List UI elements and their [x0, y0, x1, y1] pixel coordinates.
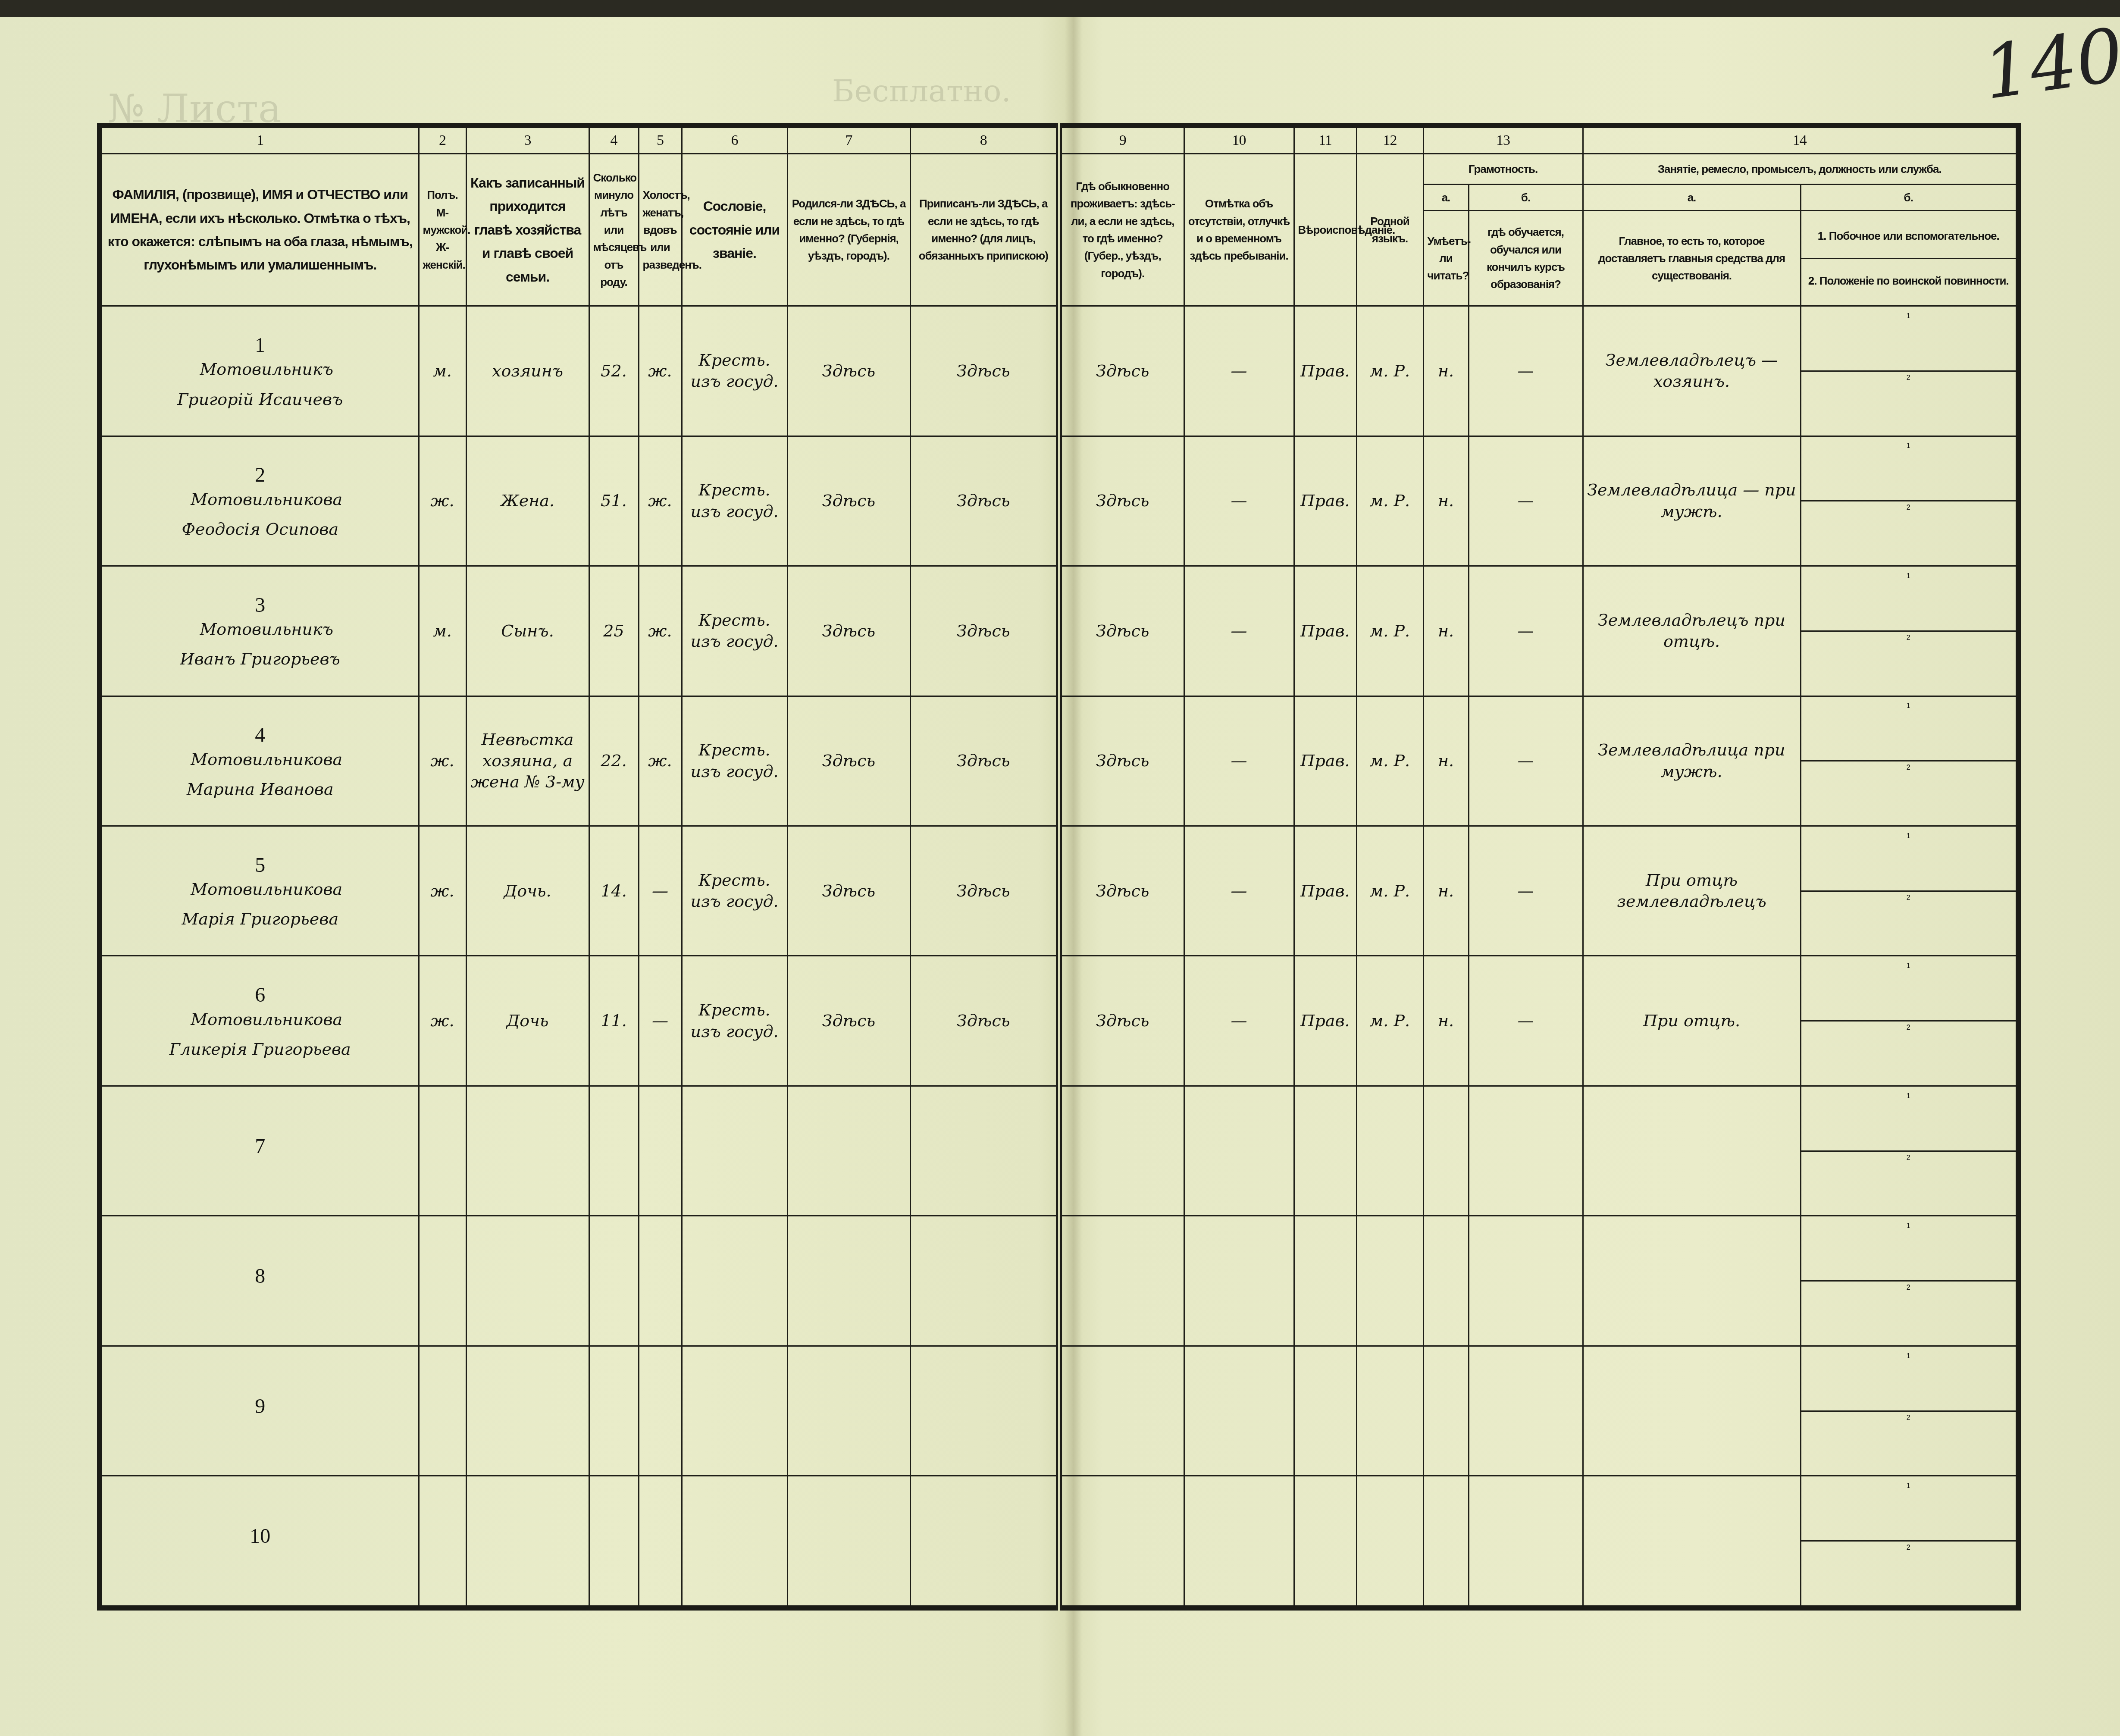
- marital-cell[interactable]: [639, 1216, 682, 1346]
- absence-cell[interactable]: [1184, 1476, 1294, 1608]
- header-sex: Полъ. М-мужской. Ж-женскій.: [419, 154, 466, 306]
- military-slot[interactable]: 2: [1801, 372, 2016, 432]
- sex-cell[interactable]: ж.: [419, 956, 466, 1086]
- relation-cell[interactable]: [466, 1216, 589, 1346]
- language-cell[interactable]: [1356, 1476, 1423, 1608]
- name-cell[interactable]: 4 Мотовильникова Марина Иванова: [100, 696, 419, 826]
- handwritten-page-number: 140: [1978, 12, 2120, 116]
- header-can-read: Умѣетъ-ли читать?: [1423, 211, 1469, 306]
- occupation-cell[interactable]: [1583, 1086, 1801, 1216]
- slot-index-1: 1: [1907, 962, 1910, 970]
- language-cell[interactable]: м. Р.: [1356, 956, 1423, 1086]
- registration-cell[interactable]: Здѣсь: [910, 566, 1059, 696]
- military-slot[interactable]: 2: [1801, 892, 2016, 952]
- slot-index-1: 1: [1907, 573, 1910, 580]
- slot-index-1: 1: [1907, 1482, 1910, 1490]
- absence-cell[interactable]: —: [1184, 956, 1294, 1086]
- birthplace-cell[interactable]: Здѣсь: [787, 566, 910, 696]
- header-registration: Приписанъ-ли ЗДѢСЬ, а если не здѣсь, то …: [910, 154, 1059, 306]
- header-13a-label: а.: [1423, 185, 1469, 211]
- residence-cell[interactable]: Здѣсь: [1059, 306, 1184, 436]
- header-side-occupation: 1. Побочное или вспомогательное.: [1801, 214, 2016, 259]
- residence-cell[interactable]: Здѣсь: [1059, 566, 1184, 696]
- side-occupation-slot[interactable]: 1: [1801, 1480, 2016, 1542]
- given-name: Григорій Исаичевъ: [106, 389, 415, 410]
- religion-cell[interactable]: [1294, 1476, 1356, 1608]
- row-number: 7: [106, 1133, 415, 1160]
- registration-cell[interactable]: [910, 1216, 1059, 1346]
- birthplace-cell[interactable]: [787, 1216, 910, 1346]
- colnum-10: 10: [1184, 125, 1294, 154]
- military-slot[interactable]: 2: [1801, 761, 2016, 822]
- religion-cell[interactable]: [1294, 1216, 1356, 1346]
- relation-cell[interactable]: хозяинъ: [466, 306, 589, 436]
- registration-cell[interactable]: [910, 1346, 1059, 1476]
- surname: Мотовильникъ: [106, 619, 415, 640]
- marital-cell[interactable]: [639, 1086, 682, 1216]
- religion-cell[interactable]: [1294, 1086, 1356, 1216]
- given-name: Феодосія Осипова: [106, 519, 415, 540]
- military-slot[interactable]: 2: [1801, 501, 2016, 562]
- military-slot[interactable]: 2: [1801, 632, 2016, 692]
- registration-cell[interactable]: Здѣсь: [910, 826, 1059, 956]
- religion-cell[interactable]: [1294, 1346, 1356, 1476]
- table-row: 5 Мотовильникова Марія Григорьева ж. Доч…: [100, 826, 2018, 956]
- table-row: 6 Мотовильникова Гликерія Григорьева ж. …: [100, 956, 2018, 1086]
- slot-index-2: 2: [1907, 1544, 1910, 1551]
- age-cell[interactable]: [589, 1476, 639, 1608]
- age-cell[interactable]: [589, 1086, 639, 1216]
- estate-cell[interactable]: Кресть. изъ госуд.: [682, 306, 787, 436]
- estate-cell[interactable]: Кресть. изъ госуд.: [682, 566, 787, 696]
- relation-cell[interactable]: Жена.: [466, 436, 589, 566]
- absence-cell[interactable]: —: [1184, 436, 1294, 566]
- registration-cell[interactable]: [910, 1086, 1059, 1216]
- slot-index-2: 2: [1907, 1154, 1910, 1162]
- slot-index-2: 2: [1907, 504, 1910, 511]
- birthplace-cell[interactable]: [787, 1086, 910, 1216]
- given-name: Марія Григорьева: [106, 909, 415, 930]
- education-cell[interactable]: —: [1469, 826, 1583, 956]
- colnum-5: 5: [639, 125, 682, 154]
- birthplace-cell[interactable]: [787, 1346, 910, 1476]
- table-row: 1 Мотовильникъ Григорій Исаичевъ м. хозя…: [100, 306, 2018, 436]
- absence-cell[interactable]: [1184, 1346, 1294, 1476]
- language-cell[interactable]: м. Р.: [1356, 436, 1423, 566]
- slot-index-1: 1: [1907, 313, 1910, 320]
- header-absence: Отмѣтка объ отсутствіи, отлучкѣ и о врем…: [1184, 154, 1294, 306]
- residence-cell[interactable]: [1059, 1086, 1184, 1216]
- estate-cell[interactable]: [682, 1346, 787, 1476]
- name-cell[interactable]: 10: [100, 1476, 419, 1608]
- table-row: 2 Мотовильникова Феодосія Осипова ж. Жен…: [100, 436, 2018, 566]
- name-cell[interactable]: 9: [100, 1346, 419, 1476]
- registration-cell[interactable]: Здѣсь: [910, 306, 1059, 436]
- slot-index-1: 1: [1907, 1222, 1910, 1230]
- language-cell[interactable]: м. Р.: [1356, 826, 1423, 956]
- header-relation: Какъ записанный приходится главѣ хозяйст…: [466, 154, 589, 306]
- header-row-1: ФАМИЛІЯ, (прозвище), ИМЯ и ОТЧЕСТВО или …: [100, 154, 2018, 185]
- military-slot[interactable]: 2: [1801, 1542, 2016, 1602]
- name-cell[interactable]: 3 Мотовильникъ Иванъ Григорьевъ: [100, 566, 419, 696]
- sex-cell[interactable]: [419, 1086, 466, 1216]
- row-number: 2: [106, 462, 415, 489]
- header-secondary: 1. Побочное или вспомогательное. 2. Поло…: [1801, 211, 2018, 306]
- colnum-6: 6: [682, 125, 787, 154]
- military-slot[interactable]: 2: [1801, 1152, 2016, 1212]
- colnum-14: 14: [1583, 125, 2018, 154]
- age-cell[interactable]: 22.: [589, 696, 639, 826]
- table-row: 3 Мотовильникъ Иванъ Григорьевъ м. Сынъ.…: [100, 566, 2018, 696]
- slot-index-2: 2: [1907, 894, 1910, 902]
- header-name: ФАМИЛІЯ, (прозвище), ИМЯ и ОТЧЕСТВО или …: [100, 154, 419, 306]
- occupation-cell[interactable]: Землевладѣлица при мужѣ.: [1583, 696, 1801, 826]
- estate-cell[interactable]: Кресть. изъ госуд.: [682, 436, 787, 566]
- residence-cell[interactable]: Здѣсь: [1059, 436, 1184, 566]
- residence-cell[interactable]: [1059, 1346, 1184, 1476]
- table-row: 4 Мотовильникова Марина Иванова ж. Невѣс…: [100, 696, 2018, 826]
- marital-cell[interactable]: ж.: [639, 696, 682, 826]
- header-14b-label: б.: [1801, 185, 2018, 211]
- religion-cell[interactable]: Прав.: [1294, 566, 1356, 696]
- marital-cell[interactable]: [639, 1346, 682, 1476]
- occupation-cell[interactable]: [1583, 1346, 1801, 1476]
- row-number: 6: [106, 982, 415, 1009]
- education-cell[interactable]: —: [1469, 306, 1583, 436]
- table-row: 10 1 2: [100, 1476, 2018, 1608]
- colnum-8: 8: [910, 125, 1059, 154]
- side-occupation-slot[interactable]: 1: [1801, 700, 2016, 761]
- surname: Мотовильникова: [106, 489, 415, 510]
- literacy-cell[interactable]: [1423, 1216, 1469, 1346]
- birthplace-cell[interactable]: Здѣсь: [787, 826, 910, 956]
- table-row: 7 1 2: [100, 1086, 2018, 1216]
- secondary-cell: 1 2: [1801, 696, 2018, 826]
- scanned-page: № Листа Бесплатно. 140 1 2 3 4 5 6 7 8 9…: [0, 17, 2120, 1736]
- header-birthplace: Родился-ли ЗДѢСЬ, а если не здѣсь, то гд…: [787, 154, 910, 306]
- slot-index-2: 2: [1907, 634, 1910, 642]
- colnum-4: 4: [589, 125, 639, 154]
- education-cell[interactable]: [1469, 1346, 1583, 1476]
- name-cell[interactable]: 2 Мотовильникова Феодосія Осипова: [100, 436, 419, 566]
- table-row: 9 1 2: [100, 1346, 2018, 1476]
- sex-cell[interactable]: м.: [419, 306, 466, 436]
- age-cell[interactable]: 52.: [589, 306, 639, 436]
- birthplace-cell[interactable]: Здѣсь: [787, 436, 910, 566]
- occupation-cell[interactable]: Землевладѣлица — при мужѣ.: [1583, 436, 1801, 566]
- secondary-cell: 1 2: [1801, 1476, 2018, 1608]
- side-occupation-slot[interactable]: 1: [1801, 1220, 2016, 1282]
- absence-cell[interactable]: —: [1184, 696, 1294, 826]
- colnum-3: 3: [466, 125, 589, 154]
- military-slot[interactable]: 2: [1801, 1022, 2016, 1082]
- secondary-cell: 1 2: [1801, 1346, 2018, 1476]
- row-number: 1: [106, 332, 415, 359]
- secondary-cell: 1 2: [1801, 956, 2018, 1086]
- registration-cell[interactable]: Здѣсь: [910, 956, 1059, 1086]
- marital-cell[interactable]: ж.: [639, 566, 682, 696]
- side-occupation-slot[interactable]: 1: [1801, 570, 2016, 632]
- registration-cell[interactable]: Здѣсь: [910, 436, 1059, 566]
- slot-index-2: 2: [1907, 374, 1910, 382]
- given-name: Марина Иванова: [106, 779, 415, 800]
- slot-index-2: 2: [1907, 764, 1910, 771]
- marital-cell[interactable]: —: [639, 956, 682, 1086]
- language-cell[interactable]: [1356, 1346, 1423, 1476]
- birthplace-cell[interactable]: Здѣсь: [787, 956, 910, 1086]
- birthplace-cell[interactable]: Здѣсь: [787, 306, 910, 436]
- colnum-2: 2: [419, 125, 466, 154]
- column-number-row: 1 2 3 4 5 6 7 8 9 10 11 12 13 14: [100, 125, 2018, 154]
- table-row: 8 1 2: [100, 1216, 2018, 1346]
- relation-cell[interactable]: [466, 1476, 589, 1608]
- row-number: 4: [106, 722, 415, 749]
- slot-index-2: 2: [1907, 1024, 1910, 1031]
- sex-cell[interactable]: [419, 1346, 466, 1476]
- literacy-cell[interactable]: н.: [1423, 696, 1469, 826]
- religion-cell[interactable]: Прав.: [1294, 436, 1356, 566]
- header-religion: Вѣроисповѣданіе.: [1294, 154, 1356, 306]
- sex-cell[interactable]: ж.: [419, 696, 466, 826]
- estate-cell[interactable]: Кресть. изъ госуд.: [682, 696, 787, 826]
- relation-cell[interactable]: Дочь.: [466, 826, 589, 956]
- education-cell[interactable]: —: [1469, 566, 1583, 696]
- secondary-cell: 1 2: [1801, 436, 2018, 566]
- language-cell[interactable]: [1356, 1086, 1423, 1216]
- colnum-12: 12: [1356, 125, 1423, 154]
- education-cell[interactable]: [1469, 1216, 1583, 1346]
- residence-cell[interactable]: [1059, 1216, 1184, 1346]
- language-cell[interactable]: м. Р.: [1356, 566, 1423, 696]
- education-cell[interactable]: [1469, 1086, 1583, 1216]
- education-cell[interactable]: [1469, 1476, 1583, 1608]
- side-occupation-slot[interactable]: 1: [1801, 310, 2016, 372]
- marital-cell[interactable]: ж.: [639, 436, 682, 566]
- slot-index-2: 2: [1907, 1284, 1910, 1291]
- age-cell[interactable]: 14.: [589, 826, 639, 956]
- secondary-cell: 1 2: [1801, 566, 2018, 696]
- absence-cell[interactable]: —: [1184, 306, 1294, 436]
- estate-cell[interactable]: Кресть. изъ госуд.: [682, 956, 787, 1086]
- religion-cell[interactable]: Прав.: [1294, 826, 1356, 956]
- surname: Мотовильникова: [106, 1009, 415, 1030]
- relation-cell[interactable]: [466, 1086, 589, 1216]
- secondary-cell: 1 2: [1801, 1086, 2018, 1216]
- literacy-cell[interactable]: н.: [1423, 826, 1469, 956]
- surname: Мотовильникова: [106, 749, 415, 770]
- literacy-cell[interactable]: н.: [1423, 956, 1469, 1086]
- birthplace-cell[interactable]: Здѣсь: [787, 696, 910, 826]
- religion-cell[interactable]: Прав.: [1294, 306, 1356, 436]
- header-marital: Холостъ, женатъ, вдовъ или разведенъ.: [639, 154, 682, 306]
- name-cell[interactable]: 6 Мотовильникова Гликерія Григорьева: [100, 956, 419, 1086]
- estate-cell[interactable]: [682, 1476, 787, 1608]
- relation-cell[interactable]: Невѣстка хозяина, а жена № 3-му: [466, 696, 589, 826]
- side-occupation-slot[interactable]: 1: [1801, 440, 2016, 501]
- row-number: 5: [106, 852, 415, 879]
- surname: Мотовильникова: [106, 879, 415, 900]
- row-number: 10: [106, 1523, 415, 1550]
- sex-cell[interactable]: [419, 1216, 466, 1346]
- row-number: 9: [106, 1393, 415, 1420]
- row-number: 8: [106, 1263, 415, 1290]
- literacy-cell[interactable]: [1423, 1086, 1469, 1216]
- age-cell[interactable]: 11.: [589, 956, 639, 1086]
- side-occupation-slot[interactable]: 1: [1801, 1090, 2016, 1152]
- residence-cell[interactable]: [1059, 1476, 1184, 1608]
- religion-cell[interactable]: Прав.: [1294, 696, 1356, 826]
- religion-cell[interactable]: Прав.: [1294, 956, 1356, 1086]
- header-age: Сколько минуло лѣтъ или мѣсяцевъ отъ род…: [589, 154, 639, 306]
- absence-cell[interactable]: [1184, 1086, 1294, 1216]
- secondary-cell: 1 2: [1801, 826, 2018, 956]
- education-cell[interactable]: —: [1469, 956, 1583, 1086]
- relation-cell[interactable]: Дочь: [466, 956, 589, 1086]
- slot-index-2: 2: [1907, 1414, 1910, 1422]
- absence-cell[interactable]: [1184, 1216, 1294, 1346]
- estate-cell[interactable]: [682, 1216, 787, 1346]
- sex-cell[interactable]: ж.: [419, 826, 466, 956]
- slot-index-1: 1: [1907, 1353, 1910, 1360]
- side-occupation-slot[interactable]: 1: [1801, 830, 2016, 892]
- registration-cell[interactable]: Здѣсь: [910, 696, 1059, 826]
- relation-cell[interactable]: Сынъ.: [466, 566, 589, 696]
- given-name: Иванъ Григорьевъ: [106, 649, 415, 670]
- side-occupation-slot[interactable]: 1: [1801, 1350, 2016, 1412]
- literacy-cell[interactable]: н.: [1423, 566, 1469, 696]
- literacy-cell[interactable]: [1423, 1346, 1469, 1476]
- slot-index-1: 1: [1907, 833, 1910, 840]
- census-form-table: 1 2 3 4 5 6 7 8 9 10 11 12 13 14 ФАМИЛІЯ…: [97, 123, 2021, 1611]
- ghost-free-label: Бесплатно.: [832, 73, 1011, 109]
- occupation-cell[interactable]: Землевладѣлецъ — хозяинъ.: [1583, 306, 1801, 436]
- side-occupation-slot[interactable]: 1: [1801, 960, 2016, 1022]
- header-estate: Сословіе, состояніе или званіе.: [682, 154, 787, 306]
- birthplace-cell[interactable]: [787, 1476, 910, 1608]
- header-literacy: Грамотность.: [1423, 154, 1583, 185]
- absence-cell[interactable]: —: [1184, 826, 1294, 956]
- slot-index-1: 1: [1907, 442, 1910, 450]
- name-cell[interactable]: 7: [100, 1086, 419, 1216]
- military-slot[interactable]: 2: [1801, 1412, 2016, 1472]
- header-education: гдѣ обучается, обучался или кончилъ курс…: [1469, 211, 1583, 306]
- colnum-13: 13: [1423, 125, 1583, 154]
- residence-cell[interactable]: Здѣсь: [1059, 956, 1184, 1086]
- header-main-occupation: Главное, то есть то, которое доставляетъ…: [1583, 211, 1801, 306]
- row-number: 3: [106, 592, 415, 619]
- name-cell[interactable]: 8: [100, 1216, 419, 1346]
- sex-cell[interactable]: ж.: [419, 436, 466, 566]
- secondary-cell: 1 2: [1801, 1216, 2018, 1346]
- age-cell[interactable]: 51.: [589, 436, 639, 566]
- age-cell[interactable]: [589, 1346, 639, 1476]
- marital-cell[interactable]: [639, 1476, 682, 1608]
- colnum-7: 7: [787, 125, 910, 154]
- language-cell[interactable]: м. Р.: [1356, 306, 1423, 436]
- header-14a-label: а.: [1583, 185, 1801, 211]
- occupation-cell[interactable]: При отцѣ.: [1583, 956, 1801, 1086]
- header-residence: Гдѣ обыкновенно проживаетъ: здѣсь-ли, а …: [1059, 154, 1184, 306]
- sex-cell[interactable]: м.: [419, 566, 466, 696]
- occupation-cell[interactable]: Землевладѣлецъ при отцѣ.: [1583, 566, 1801, 696]
- literacy-cell[interactable]: [1423, 1476, 1469, 1608]
- marital-cell[interactable]: —: [639, 826, 682, 956]
- education-cell[interactable]: —: [1469, 696, 1583, 826]
- slot-index-1: 1: [1907, 702, 1910, 710]
- education-cell[interactable]: —: [1469, 436, 1583, 566]
- header-military: 2. Положеніе по воинской повинности.: [1801, 259, 2016, 302]
- absence-cell[interactable]: —: [1184, 566, 1294, 696]
- header-13b-label: б.: [1469, 185, 1583, 211]
- name-cell[interactable]: 5 Мотовильникова Марія Григорьева: [100, 826, 419, 956]
- marital-cell[interactable]: ж.: [639, 306, 682, 436]
- registration-cell[interactable]: [910, 1476, 1059, 1608]
- relation-cell[interactable]: [466, 1346, 589, 1476]
- military-slot[interactable]: 2: [1801, 1282, 2016, 1342]
- residence-cell[interactable]: Здѣсь: [1059, 826, 1184, 956]
- estate-cell[interactable]: [682, 1086, 787, 1216]
- occupation-cell[interactable]: [1583, 1476, 1801, 1608]
- slot-index-1: 1: [1907, 1093, 1910, 1100]
- estate-cell[interactable]: Кресть. изъ госуд.: [682, 826, 787, 956]
- literacy-cell[interactable]: н.: [1423, 436, 1469, 566]
- language-cell[interactable]: [1356, 1216, 1423, 1346]
- age-cell[interactable]: [589, 1216, 639, 1346]
- language-cell[interactable]: м. Р.: [1356, 696, 1423, 826]
- header-occupation: Занятіе, ремесло, промыселъ, должность и…: [1583, 154, 2018, 185]
- occupation-cell[interactable]: [1583, 1216, 1801, 1346]
- residence-cell[interactable]: Здѣсь: [1059, 696, 1184, 826]
- colnum-11: 11: [1294, 125, 1356, 154]
- secondary-cell: 1 2: [1801, 306, 2018, 436]
- age-cell[interactable]: 25: [589, 566, 639, 696]
- colnum-1: 1: [100, 125, 419, 154]
- given-name: Гликерія Григорьева: [106, 1039, 415, 1060]
- literacy-cell[interactable]: н.: [1423, 306, 1469, 436]
- name-cell[interactable]: 1 Мотовильникъ Григорій Исаичевъ: [100, 306, 419, 436]
- occupation-cell[interactable]: При отцѣ землевладѣлецъ: [1583, 826, 1801, 956]
- sex-cell[interactable]: [419, 1476, 466, 1608]
- surname: Мотовильникъ: [106, 359, 415, 380]
- colnum-9: 9: [1059, 125, 1184, 154]
